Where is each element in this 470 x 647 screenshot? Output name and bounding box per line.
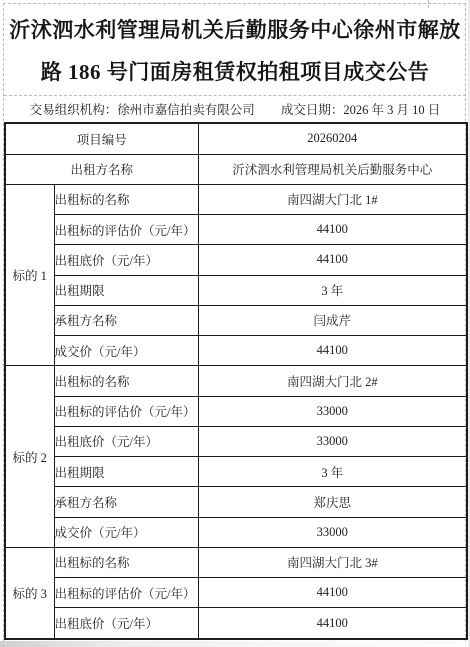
cell-label: 项目编号 [5, 123, 198, 154]
cell-label: 出租标的名称 [54, 547, 198, 577]
cell-value: 3 年 [198, 457, 467, 487]
cell-label: 出租标的评估价（元/年） [54, 396, 198, 426]
meta-row: 交易组织机构：徐州市嘉信拍卖有限公司成交日期：2026 年 3 月 10 日 [4, 95, 466, 122]
table-row: 出租标的评估价（元/年） 33000 [5, 396, 467, 426]
organizer-label: 交易组织机构： [30, 100, 118, 118]
cell-value: 44100 [198, 336, 467, 366]
cell-value: 3 年 [198, 275, 467, 305]
table-row: 承租方名称 郑庆思 [5, 487, 467, 517]
deal-table: 项目编号 20260204 出租方名称 沂沭泗水利管理局机关后勤服务中心 标的 … [4, 122, 468, 640]
cell-label: 承租方名称 [54, 305, 198, 335]
cell-label: 出租底价（元/年） [54, 608, 198, 639]
table-row: 出租底价（元/年） 33000 [5, 426, 467, 456]
table-row: 出租标的评估价（元/年） 44100 [5, 578, 467, 608]
page-title-line1: 沂沭泗水利管理局机关后勤服务中心徐州市解放 [9, 18, 461, 42]
organizer-value: 徐州市嘉信拍卖有限公司 [117, 100, 255, 118]
cell-label: 出租标的名称 [54, 184, 198, 214]
table-row: 出租方名称 沂沭泗水利管理局机关后勤服务中心 [5, 154, 467, 184]
page-title: 沂沭泗水利管理局机关后勤服务中心徐州市解放 路 186 号门面房租赁权拍租项目成… [4, 9, 466, 93]
table-row: 标的 1 出租标的名称 南四湖大门北 1# [5, 184, 467, 214]
cell-value: 44100 [198, 215, 467, 245]
cell-label: 出租期限 [54, 275, 198, 305]
cell-label: 承租方名称 [54, 487, 198, 517]
table-row: 标的 3 出租标的名称 南四湖大门北 3# [5, 547, 467, 577]
cell-label: 出租方名称 [5, 154, 198, 184]
section-label: 标的 3 [5, 547, 54, 639]
cell-label: 出租标的评估价（元/年） [54, 578, 198, 608]
deal-date-value: 2026 年 3 月 10 日 [343, 100, 440, 118]
page-bottom-shadow [0, 641, 470, 647]
table-row: 成交价（元/年） 44100 [5, 336, 467, 366]
cell-value: 44100 [198, 578, 467, 608]
cell-value: 南四湖大门北 2# [198, 366, 467, 396]
table-row: 项目编号 20260204 [5, 123, 467, 154]
table-row: 承租方名称 闫成芹 [5, 305, 467, 335]
page-corner-tick [428, 0, 429, 8]
cell-label: 成交价（元/年） [54, 336, 198, 366]
cell-value: 南四湖大门北 3# [198, 547, 467, 577]
table-row: 出租底价（元/年） 44100 [5, 608, 467, 639]
table-row: 出租底价（元/年） 44100 [5, 245, 467, 275]
cell-value: 44100 [198, 608, 467, 639]
cell-value: 20260204 [198, 123, 467, 154]
table-row: 成交价（元/年） 33000 [5, 517, 467, 547]
table-row: 标的 2 出租标的名称 南四湖大门北 2# [5, 366, 467, 396]
cell-label: 出租底价（元/年） [54, 426, 198, 456]
deal-date-label: 成交日期： [281, 100, 344, 118]
cell-value: 郑庆思 [198, 487, 467, 517]
cell-value: 33000 [198, 517, 467, 547]
section-label: 标的 2 [5, 366, 54, 548]
cell-label: 出租标的评估价（元/年） [54, 215, 198, 245]
cell-label: 出租底价（元/年） [54, 245, 198, 275]
cell-value: 33000 [198, 396, 467, 426]
cell-value: 闫成芹 [198, 305, 467, 335]
table-row: 出租期限 3 年 [5, 457, 467, 487]
cell-value: 南四湖大门北 1# [198, 184, 467, 214]
cell-label: 出租标的名称 [54, 366, 198, 396]
cell-label: 成交价（元/年） [54, 517, 198, 547]
table-row: 出租标的评估价（元/年） 44100 [5, 215, 467, 245]
cell-label: 出租期限 [54, 457, 198, 487]
page-title-line2: 路 186 号门面房租赁权拍租项目成交公告 [41, 60, 430, 84]
cell-value: 44100 [198, 245, 467, 275]
cell-value: 沂沭泗水利管理局机关后勤服务中心 [198, 154, 467, 184]
cell-value: 33000 [198, 426, 467, 456]
section-label: 标的 1 [5, 184, 54, 366]
table-row: 出租期限 3 年 [5, 275, 467, 305]
